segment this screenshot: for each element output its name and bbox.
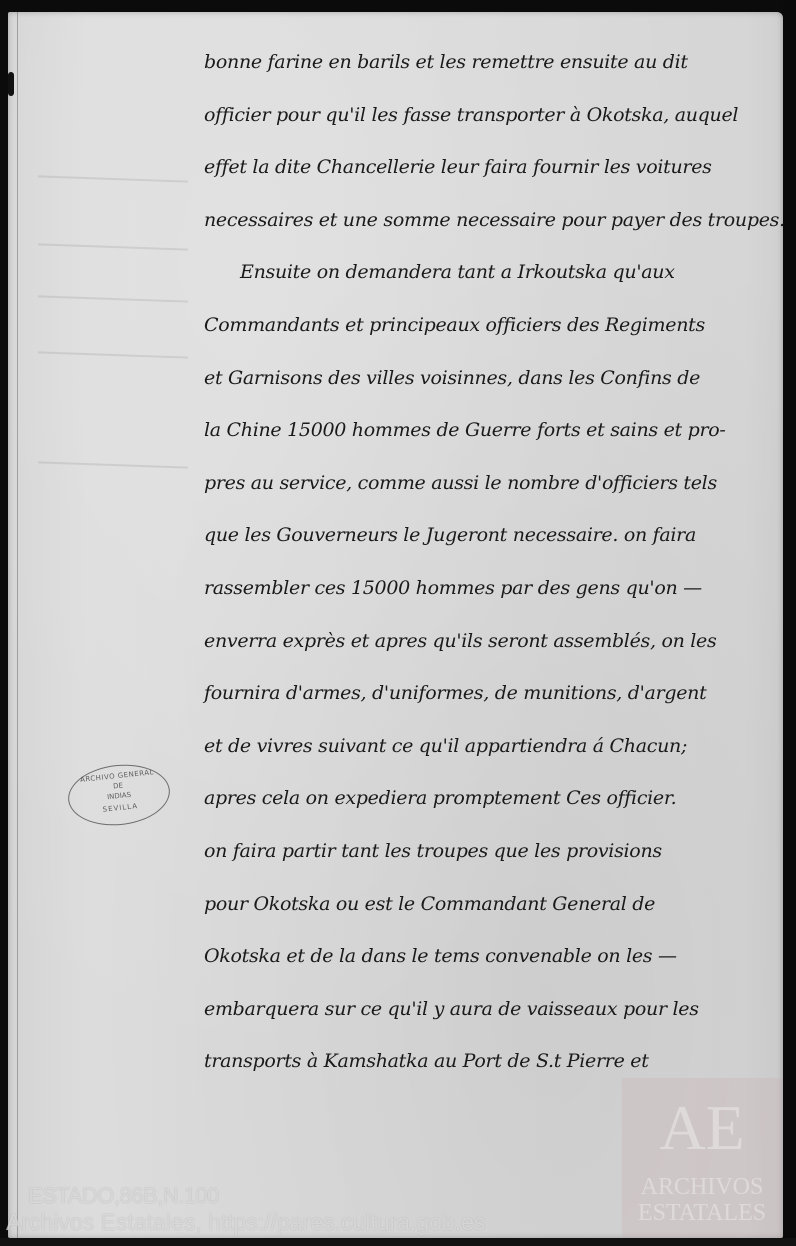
document-reference: ESTADO,86B,N.100 <box>28 1183 219 1209</box>
bleed-through-text <box>38 351 188 358</box>
watermark-line: ARCHIVOS <box>622 1174 782 1200</box>
text-line: enverra exprès et apres qu'ils seront as… <box>204 615 784 668</box>
text-line: fournira d'armes, d'uniformes, de muniti… <box>204 667 784 720</box>
page-fold-line <box>17 12 18 1238</box>
text-line: on faira partir tant les troupes que les… <box>204 825 784 878</box>
text-line: rassembler ces 15000 hommes par des gens… <box>204 562 784 615</box>
text-line: et de vivres suivant ce qu'il appartiend… <box>204 720 784 773</box>
archivos-estatales-logo-icon: AE <box>622 1078 782 1178</box>
text-line: embarquera sur ce qu'il y aura de vaisse… <box>204 983 784 1036</box>
handwritten-text-block: bonne farine en barils et les remettre e… <box>204 36 784 1088</box>
paragraph-start-line: Ensuite on demandera tant a Irkoutska qu… <box>204 246 784 299</box>
scan-right-edge <box>783 0 796 1246</box>
text-line: bonne farine en barils et les remettre e… <box>204 36 784 89</box>
text-line: Okotska et de la dans le tems convenable… <box>204 930 784 983</box>
archive-watermark: AE ARCHIVOS ESTATALES <box>622 1078 782 1238</box>
text-line: officier pour qu'il les fasse transporte… <box>204 89 784 142</box>
text-line: que les Gouverneurs le Jugeront necessai… <box>204 509 784 562</box>
text-line: la Chine 15000 hommes de Guerre forts et… <box>204 404 784 457</box>
bleed-through-text <box>38 243 188 250</box>
watermark-label: ARCHIVOS ESTATALES <box>622 1174 782 1226</box>
margin-ink-blot <box>8 72 14 96</box>
bleed-through-text <box>38 295 188 302</box>
text-line: necessaires et une somme necessaire pour… <box>204 194 784 247</box>
text-line: pres au service, comme aussi le nombre d… <box>204 457 784 510</box>
bleed-through-text <box>38 175 188 182</box>
text-line: et Garnisons des villes voisinnes, dans … <box>204 352 784 405</box>
text-line: effet la dite Chancellerie leur faira fo… <box>204 141 784 194</box>
bleed-through-text <box>38 461 188 468</box>
source-attribution: Archivos Estatales, https://pares.cultur… <box>6 1209 485 1236</box>
text-line: Commandants et principeaux officiers des… <box>204 299 784 352</box>
manuscript-page: bonne farine en barils et les remettre e… <box>8 12 783 1238</box>
text-line: pour Okotska ou est le Commandant Genera… <box>204 878 784 931</box>
watermark-line: ESTATALES <box>622 1200 782 1226</box>
scan-bottom-edge <box>0 1238 796 1246</box>
text-line: apres cela on expediera promptement Ces … <box>204 772 784 825</box>
